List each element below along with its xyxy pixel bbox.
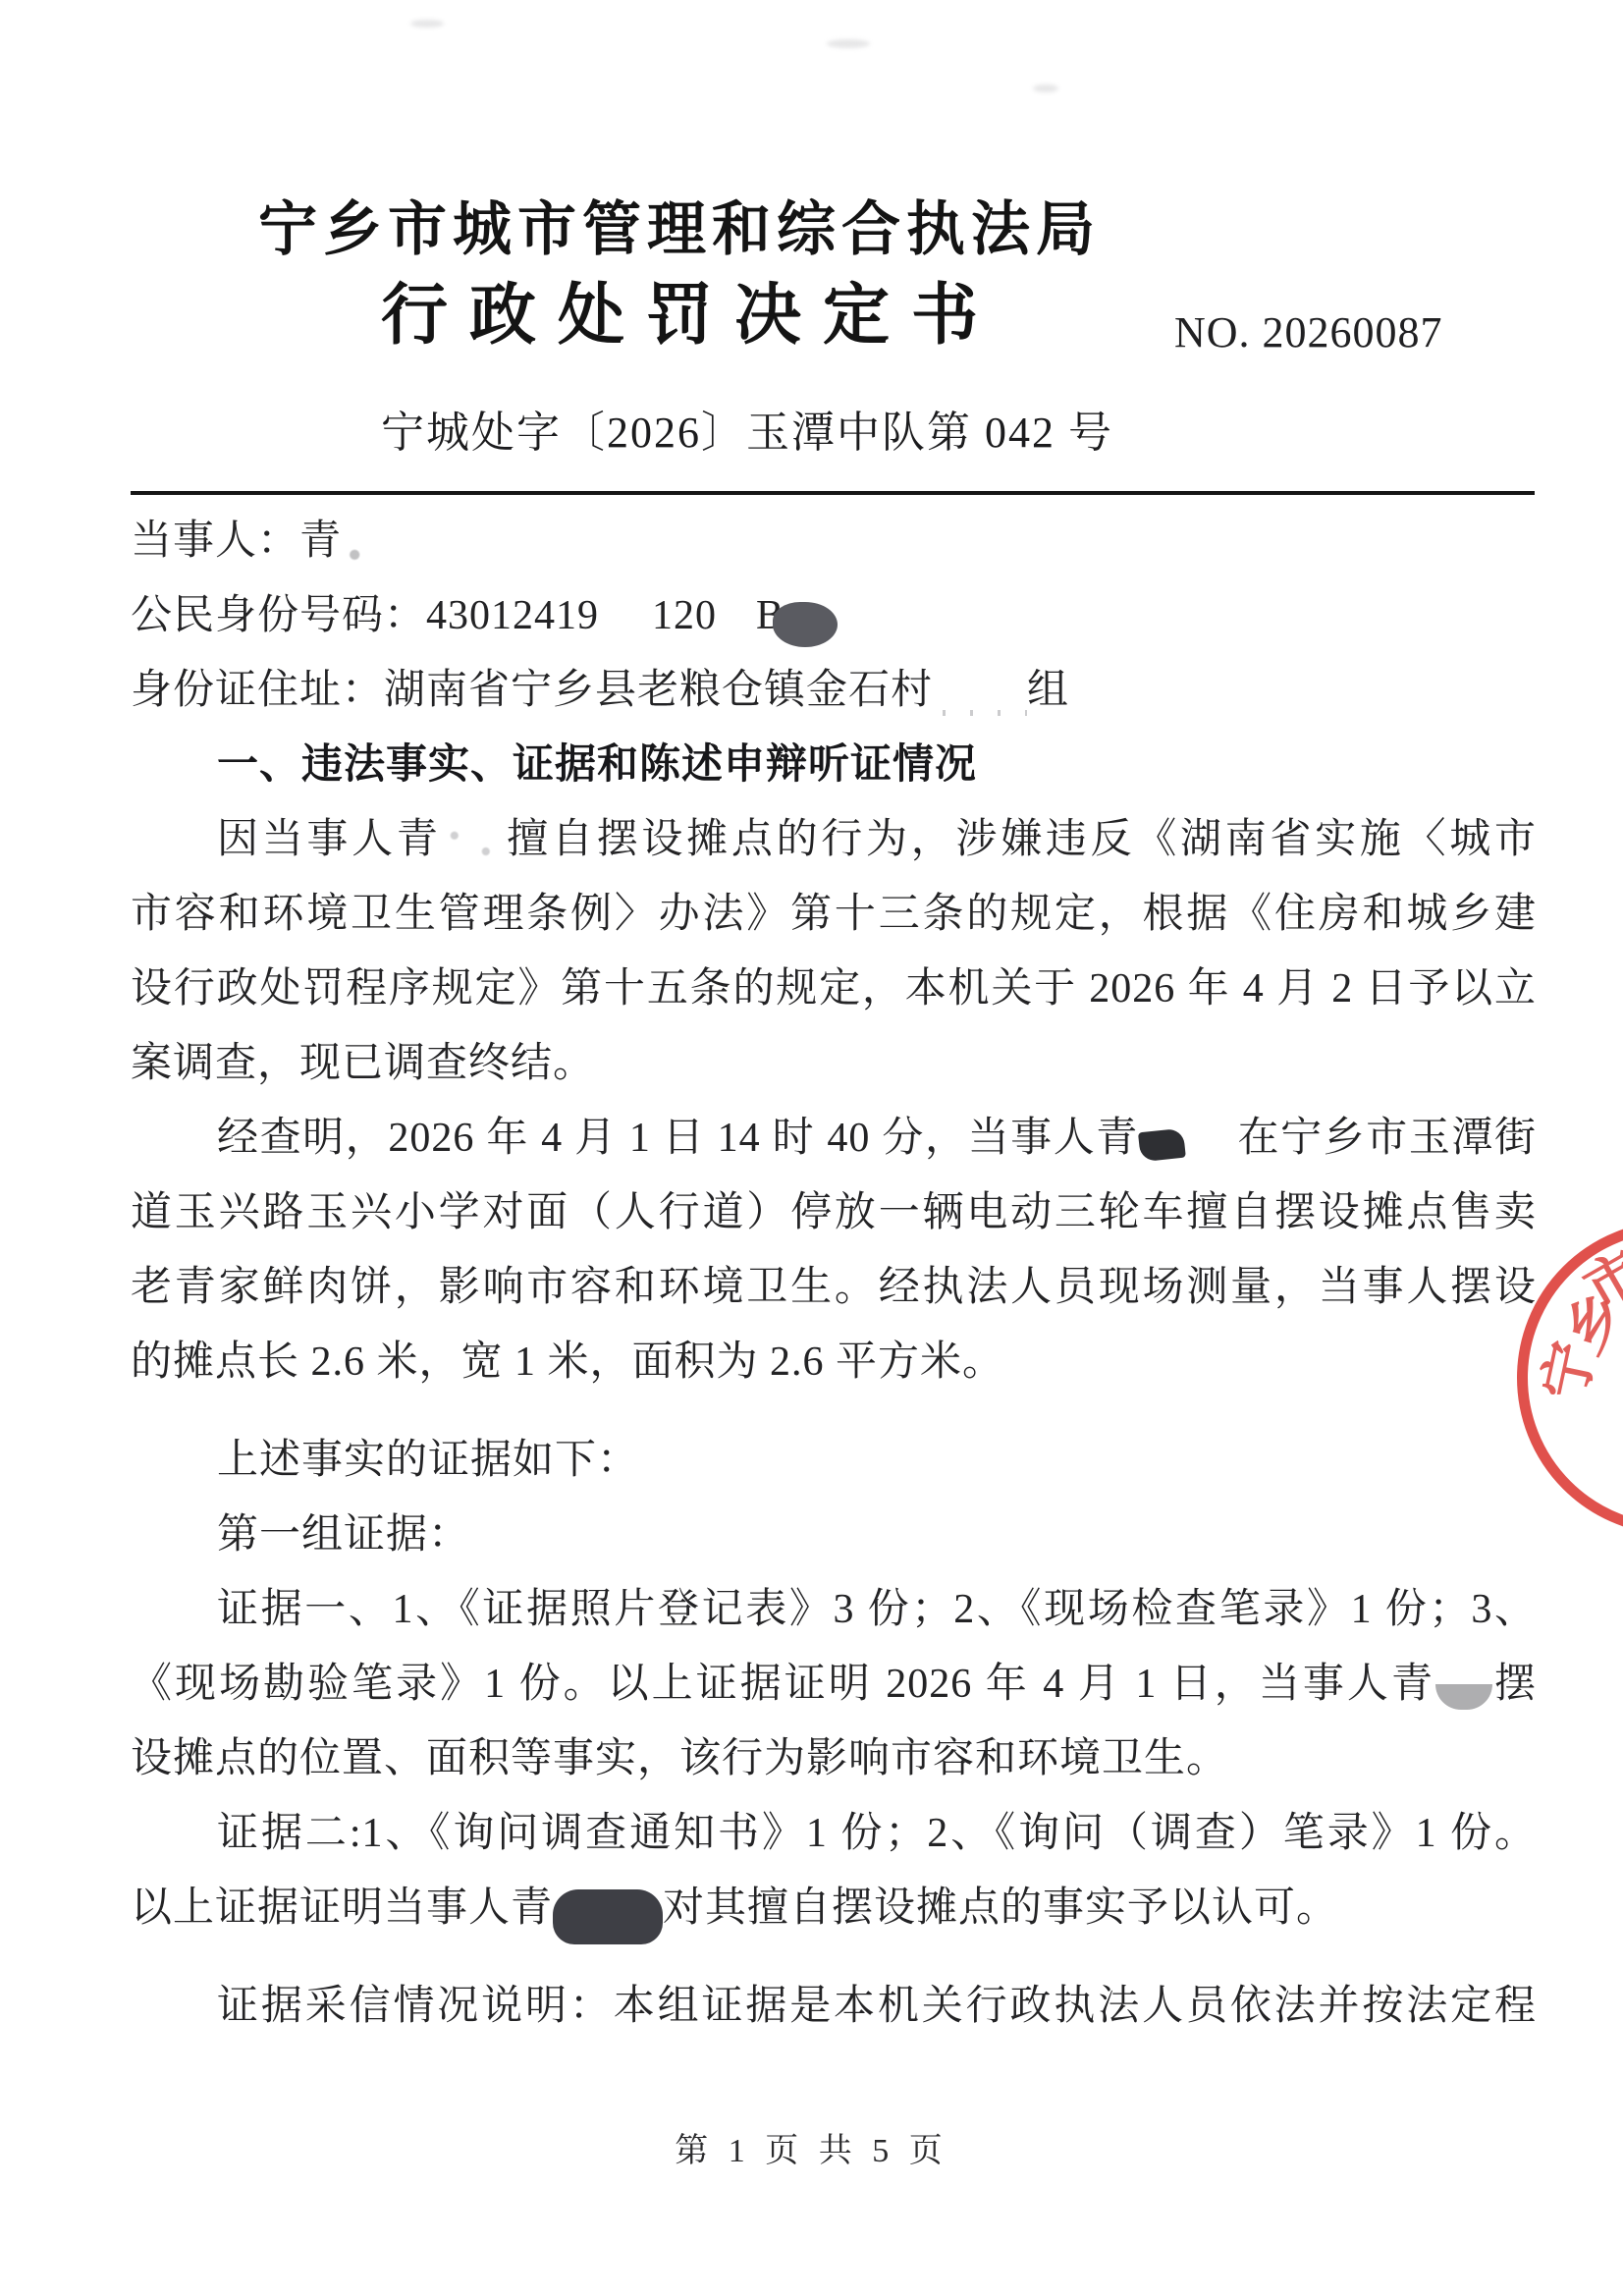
body-text: 案调查，现已调查终结。	[131, 1041, 595, 1086]
body-text: 120	[652, 593, 717, 638]
body-text: 擅自摆设摊点的行为，涉嫌违反《湖南省实施〈城市	[505, 817, 1537, 862]
body-line: 市容和环境卫生管理条例〉办法》第十三条的规定，根据《住房和城乡建	[131, 877, 1537, 952]
body-text: 证据二:1、《询问调查通知书》1 份；2、《询问（调查）笔录》1 份。	[217, 1811, 1537, 1856]
body-line: 一、违法事实、证据和陈述申辩听证情况	[131, 728, 1537, 802]
body-text: 老青家鲜肉饼，影响市容和环境卫生。经执法人员现场测量，当事人摆设	[131, 1265, 1537, 1310]
scan-artifact	[1033, 84, 1058, 92]
scan-artifact	[410, 20, 444, 27]
body-text: 的摊点长 2.6 米，宽 1 米，面积为 2.6 平方米。	[131, 1339, 1004, 1385]
body-line: 因当事人青擅自摆设摊点的行为，涉嫌违反《湖南省实施〈城市	[131, 802, 1537, 877]
body-line: 经查明，2026 年 4 月 1 日 14 时 40 分，当事人青在宁乡市玉潭街	[131, 1101, 1537, 1175]
body-line: 《现场勘验笔录》1 份。以上证据证明 2026 年 4 月 1 日，当事人青摆	[131, 1647, 1537, 1722]
body-text: 设摊点的位置、面积等事实，该行为影响市容和环境卫生。	[131, 1736, 1228, 1781]
body-line: 证据采信情况说明：本组证据是本机关行政执法人员依法并按法定程	[131, 1969, 1537, 2044]
document-header: 宁乡市城市管理和综合执法局 行政处罚决定书 NO. 20260087 宁城处字〔…	[0, 0, 1623, 495]
document-body: 当事人：青公民身份号码：43012419120B身份证住址：湖南省宁乡县老粮仓镇…	[131, 504, 1537, 2044]
body-text: 在宁乡市玉潭街	[1237, 1116, 1537, 1161]
body-line: 道玉兴路玉兴小学对面（人行道）停放一辆电动三轮车擅自摆设摊点售卖	[131, 1175, 1537, 1250]
body-text: 组	[1027, 668, 1069, 713]
body-text: 证据一、1、《证据照片登记表》3 份；2、《现场检查笔录》1 份；3、	[217, 1587, 1537, 1632]
agency-title: 宁乡市城市管理和综合执法局	[258, 198, 1623, 261]
body-text: 《现场勘验笔录》1 份。以上证据证明 2026 年 4 月 1 日，当事人青	[131, 1662, 1435, 1707]
body-text: 设行政处罚程序规定》第十五条的规定，本机关于 2026 年 4 月 2 日予以立	[131, 966, 1537, 1011]
body-line: 证据二:1、《询问调查通知书》1 份；2、《询问（调查）笔录》1 份。	[131, 1796, 1537, 1871]
redaction-mark	[717, 614, 756, 624]
body-line: 的摊点长 2.6 米，宽 1 米，面积为 2.6 平方米。	[131, 1325, 1537, 1399]
redaction-mark	[773, 602, 838, 647]
document-title: 行政处罚决定书	[381, 275, 1000, 355]
title-row: 行政处罚决定书 NO. 20260087	[0, 275, 1623, 359]
body-text: 对其擅自摆设摊点的事实予以认可。	[663, 1886, 1338, 1931]
body-text: 身份证住址：湖南省宁乡县老粮仓镇金石村	[131, 668, 933, 713]
body-line: 设行政处罚程序规定》第十五条的规定，本机关于 2026 年 4 月 2 日予以立	[131, 952, 1537, 1026]
body-line: 身份证住址：湖南省宁乡县老粮仓镇金石村组	[131, 653, 1537, 728]
body-line: 上述事实的证据如下：	[131, 1423, 1537, 1498]
redaction-mark	[1138, 1128, 1186, 1163]
body-line: 证据一、1、《证据照片登记表》3 份；2、《现场检查笔录》1 份；3、	[131, 1572, 1537, 1647]
body-text: 证据采信情况说明：本组证据是本机关行政执法人员依法并按法定程	[217, 1984, 1537, 2029]
body-text: 当事人：青	[131, 519, 342, 564]
page-footer: 第 1 页 共 5 页	[0, 2123, 1623, 2171]
redaction-mark	[599, 614, 652, 624]
redaction-mark	[1435, 1684, 1492, 1710]
scan-artifact	[827, 39, 870, 48]
redaction-mark	[1184, 1136, 1237, 1146]
redaction-mark	[553, 1889, 663, 1944]
redaction-mark	[342, 527, 385, 561]
body-text: 摆	[1492, 1662, 1537, 1707]
body-text: 上述事实的证据如下：	[217, 1438, 639, 1483]
body-line: 第一组证据：	[131, 1498, 1537, 1572]
body-line: 案调查，现已调查终结。	[131, 1026, 1537, 1101]
body-line: 以上证据证明当事人青对其擅自摆设摊点的事实予以认可。	[131, 1871, 1537, 1945]
redaction-mark	[442, 825, 505, 860]
document-serial-number: NO. 20260087	[1174, 307, 1443, 357]
body-text: 因当事人青	[217, 817, 442, 862]
body-text: 以上证据证明当事人青	[131, 1886, 553, 1931]
body-line: 公民身份号码：43012419120B	[131, 578, 1537, 653]
body-line: 当事人：青	[131, 504, 1537, 578]
header-divider	[131, 491, 1535, 495]
body-text: 一、违法事实、证据和陈述申辩听证情况	[217, 742, 977, 788]
case-number: 宁城处字〔2026〕玉潭中队第 042 号	[381, 397, 1623, 460]
body-line: 老青家鲜肉饼，影响市容和环境卫生。经执法人员现场测量，当事人摆设	[131, 1250, 1537, 1325]
body-text: 第一组证据：	[217, 1512, 470, 1558]
body-text: 道玉兴路玉兴小学对面（人行道）停放一辆电动三轮车擅自摆设摊点售卖	[131, 1190, 1537, 1235]
body-text: 经查明，2026 年 4 月 1 日 14 时 40 分，当事人青	[217, 1116, 1139, 1161]
document-page: 宁乡市城市管理和综合执法局 行政处罚决定书 NO. 20260087 宁城处字〔…	[0, 0, 1623, 2296]
body-text: 市容和环境卫生管理条例〉办法》第十三条的规定，根据《住房和城乡建	[131, 892, 1537, 937]
body-text: 公民身份号码：43012419	[131, 593, 599, 638]
body-line: 设摊点的位置、面积等事实，该行为影响市容和环境卫生。	[131, 1722, 1537, 1796]
redaction-mark	[933, 686, 1027, 716]
